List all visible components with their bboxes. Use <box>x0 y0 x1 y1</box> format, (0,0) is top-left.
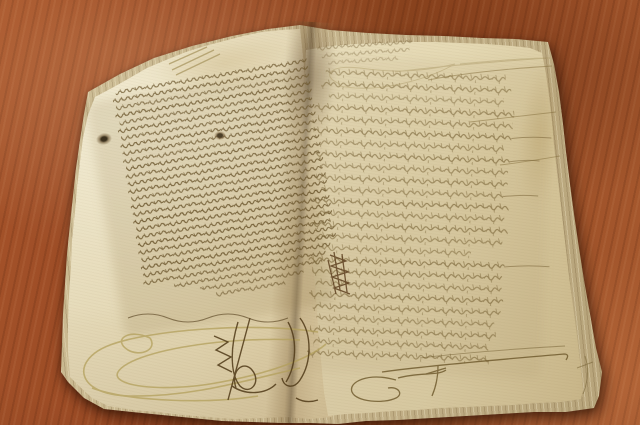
marginal-scribble <box>328 252 350 294</box>
ink-flourishes-overlay <box>0 0 640 425</box>
signature-flourish-dark <box>128 314 318 402</box>
signature-flourish-pale <box>84 328 326 401</box>
pen-scratches <box>169 47 220 75</box>
long-pen-strokes <box>428 66 560 165</box>
top-annotation-flourish <box>330 58 550 88</box>
ink-blot <box>214 131 226 140</box>
photo-of-manuscript <box>0 0 640 425</box>
closing-flourish <box>351 346 593 401</box>
